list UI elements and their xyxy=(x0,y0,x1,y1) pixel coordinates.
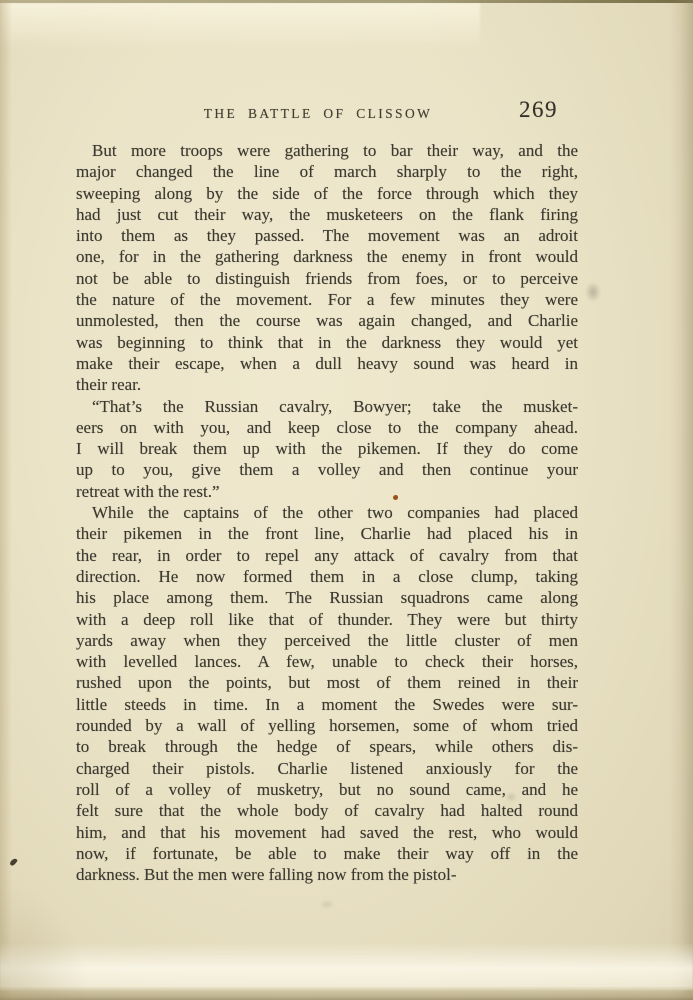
ink-speck-artifact xyxy=(9,857,18,866)
text-line: eers on with you, and keep close to the … xyxy=(76,417,578,438)
text-line: into them as they passed. The movement w… xyxy=(76,225,578,246)
text-line: up to you, give them a volley and then c… xyxy=(76,459,578,480)
text-line: now, if fortunate, be able to make their… xyxy=(76,843,578,864)
text-line: I will break them up with the pikemen. I… xyxy=(76,438,578,459)
faint-spot-artifact xyxy=(320,900,334,909)
text-line: rushed upon the points, but most of them… xyxy=(76,672,578,693)
page-corner-shadow xyxy=(0,880,90,1000)
text-line: rounded by a wall of yelling horsemen, s… xyxy=(76,715,578,736)
paper-top-highlight xyxy=(0,3,480,51)
text-line: major changed the line of march sharply … xyxy=(76,161,578,182)
text-line: darkness. But the men were falling now f… xyxy=(76,864,578,885)
page-top-edge xyxy=(0,0,693,3)
paper-bottom-highlight xyxy=(0,942,693,990)
body-text: But more troops were gathering to bar th… xyxy=(76,140,578,885)
text-line: was beginning to think that in the darkn… xyxy=(76,332,578,353)
page-right-edge xyxy=(669,0,693,1000)
running-header: THE BATTLE OF CLISSOW 269 xyxy=(76,99,578,129)
text-line: with levelled lances. A few, unable to c… xyxy=(76,651,578,672)
text-line: their pikemen in the front line, Charlie… xyxy=(76,523,578,544)
page-bottom-edge xyxy=(0,987,693,1000)
scanned-book-page: THE BATTLE OF CLISSOW 269 But more troop… xyxy=(0,0,693,1000)
text-line: felt sure that the whole body of cavalry… xyxy=(76,800,578,821)
text-line: to break through the hedge of spears, wh… xyxy=(76,736,578,757)
text-line: the rear, in order to repel any attack o… xyxy=(76,545,578,566)
text-line: While the captains of the other two comp… xyxy=(76,502,578,523)
page-number: 269 xyxy=(519,97,558,123)
text-line: retreat with the rest.” xyxy=(76,481,578,502)
text-line: their rear. xyxy=(76,374,578,395)
text-line: him, and that his movement had saved the… xyxy=(76,822,578,843)
text-line: charged their pistols. Charlie listened … xyxy=(76,758,578,779)
gray-smudge-artifact xyxy=(585,282,601,302)
text-line: roll of a volley of musketry, but no sou… xyxy=(76,779,578,800)
text-line: with a deep roll like that of thunder. T… xyxy=(76,609,578,630)
chapter-title: THE BATTLE OF CLISSOW xyxy=(76,106,578,122)
text-line: one, for in the gathering darkness the e… xyxy=(76,246,578,267)
text-line: little steeds in time. In a moment the S… xyxy=(76,694,578,715)
text-line: not be able to distinguish friends from … xyxy=(76,268,578,289)
text-line: his place among them. The Russian squadr… xyxy=(76,587,578,608)
text-line: “That’s the Russian cavalry, Bowyer; tak… xyxy=(76,396,578,417)
text-line: unmolested, then the course was again ch… xyxy=(76,310,578,331)
text-line: the nature of the movement. For a few mi… xyxy=(76,289,578,310)
text-line: direction. He now formed them in a close… xyxy=(76,566,578,587)
page-left-edge xyxy=(0,0,12,1000)
text-line: sweeping along by the side of the force … xyxy=(76,183,578,204)
text-line: make their escape, when a dull heavy sou… xyxy=(76,353,578,374)
text-line: But more troops were gathering to bar th… xyxy=(76,140,578,161)
text-line: yards away when they perceived the littl… xyxy=(76,630,578,651)
text-line: had just cut their way, the musketeers o… xyxy=(76,204,578,225)
